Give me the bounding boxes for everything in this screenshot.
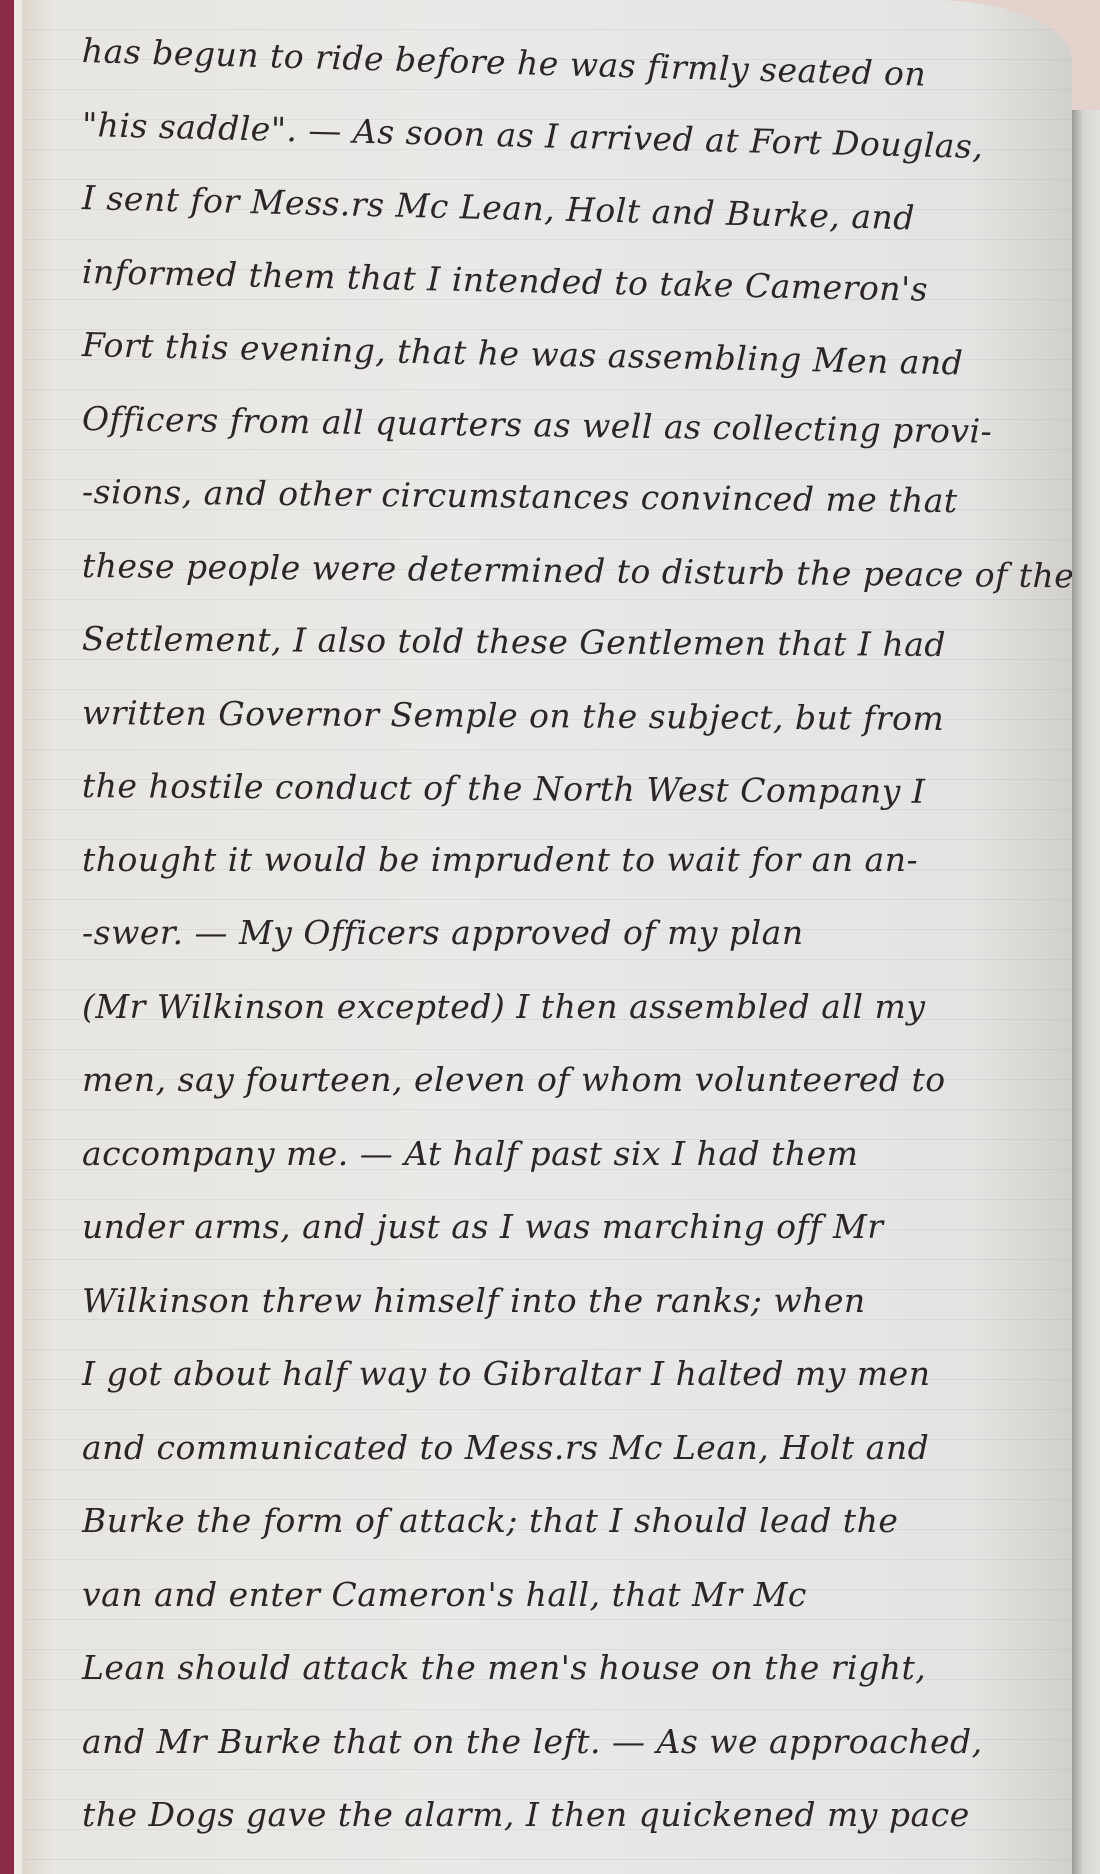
text-line: van and enter Cameron's hall, that Mr Mc [82, 1558, 1072, 1632]
text-line: and Mr Burke that on the left. — As we a… [82, 1705, 1072, 1779]
text-line: Lean should attack the men's house on th… [82, 1631, 1072, 1705]
manuscript-page: has begun to ride before he was firmly s… [22, 0, 1072, 1874]
text-line: men, say fourteen, eleven of whom volunt… [82, 1043, 1072, 1117]
text-line: accompany me. — At half past six I had t… [82, 1117, 1072, 1191]
text-line: Settlement, I also told these Gentlemen … [82, 602, 1072, 682]
handwritten-text: has begun to ride before he was firmly s… [82, 14, 1072, 1852]
text-line: thought it would be imprudent to wait fo… [82, 823, 1072, 897]
text-line: -sions, and other circumstances convince… [82, 455, 1072, 539]
text-line: -swer. — My Officers approved of my plan [82, 896, 1072, 970]
text-line: Wilkinson threw himself into the ranks; … [82, 1264, 1072, 1338]
text-line: I got about half way to Gibraltar I halt… [82, 1337, 1072, 1411]
text-line: the hostile conduct of the North West Co… [82, 749, 1072, 829]
adjacent-page-edge [1072, 110, 1100, 1874]
text-line: under arms, and just as I was marching o… [82, 1190, 1072, 1264]
text-line: (Mr Wilkinson excepted) I then assembled… [82, 970, 1072, 1044]
text-line: and communicated to Mess.rs Mc Lean, Hol… [82, 1411, 1072, 1485]
book-cover-edge [0, 0, 14, 1874]
text-line: these people were determined to disturb … [82, 529, 1072, 613]
text-line: Burke the form of attack; that I should … [82, 1484, 1072, 1558]
text-line: the Dogs gave the alarm, I then quickene… [82, 1778, 1072, 1852]
text-line: written Governor Semple on the subject, … [82, 676, 1072, 756]
